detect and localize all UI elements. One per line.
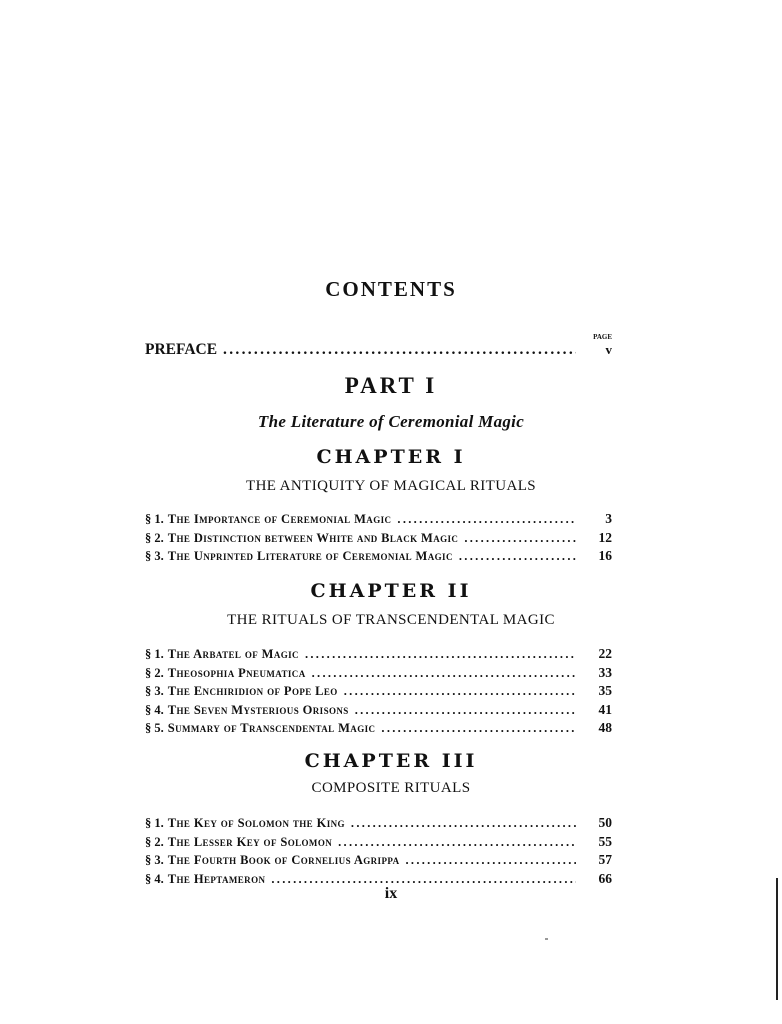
toc-entry[interactable]: § 2. Theosophia Pneumatica 33 [145,665,612,684]
toc-entry[interactable]: § 4. The Seven Mysterious Orisons 41 [145,702,612,721]
dot-leader [405,853,576,868]
section-title: Summary of Transcendental Magic [168,721,376,736]
section-page: 3 [582,511,612,527]
toc-entry[interactable]: § 5. Summary of Transcendental Magic 48 [145,720,612,739]
chapter-1-entries: § 1. The Importance of Ceremonial Magic … [145,511,612,567]
toc-entry[interactable]: § 3. The Enchiridion of Pope Leo 35 [145,683,612,702]
toc-entry[interactable]: § 2. The Lesser Key of Solomon 55 [145,834,612,853]
toc-entry[interactable]: § 1. The Importance of Ceremonial Magic … [145,511,612,530]
page-folio: ix [0,885,782,903]
section-page: 48 [582,720,612,736]
chapter-2-title: CHAPTER II [0,580,782,602]
section-page: 33 [582,665,612,681]
part-subtitle: The Literature of Ceremonial Magic [0,412,782,432]
dot-leader [459,549,576,564]
section-number: § 3. [145,549,164,564]
section-title: Theosophia Pneumatica [168,666,306,681]
page-edge-line [776,878,778,1000]
toc-entry[interactable]: § 2. The Distinction between White and B… [145,530,612,549]
section-title: The Seven Mysterious Orisons [168,703,349,718]
section-number: § 4. [145,703,164,718]
preface-page: v [582,342,612,358]
section-title: The Fourth Book of Cornelius Agrippa [168,853,400,868]
section-page: 55 [582,834,612,850]
section-number: § 1. [145,647,164,662]
section-number: § 1. [145,512,164,527]
dot-leader [223,341,576,359]
section-page: 12 [582,530,612,546]
toc-entry[interactable]: § 1. The Arbatel of Magic 22 [145,646,612,665]
section-page: 50 [582,815,612,831]
dot-leader [464,531,576,546]
page-column-label: PAGE [586,333,612,341]
dot-leader [344,684,576,699]
section-page: 57 [582,852,612,868]
section-title: The Arbatel of Magic [168,647,299,662]
section-number: § 1. [145,816,164,831]
toc-entry[interactable]: § 3. The Unprinted Literature of Ceremon… [145,548,612,567]
section-title: The Enchiridion of Pope Leo [168,684,338,699]
dot-leader [351,816,576,831]
chapter-1-title: CHAPTER I [0,446,782,468]
chapter-3-subtitle: COMPOSITE RITUALS [0,780,782,797]
chapter-1-subtitle: THE ANTIQUITY OF MAGICAL RITUALS [0,478,782,495]
toc-entry[interactable]: § 3. The Fourth Book of Cornelius Agripp… [145,852,612,871]
dot-leader [355,703,576,718]
section-title: The Unprinted Literature of Ceremonial M… [168,549,453,564]
section-number: § 2. [145,835,164,850]
section-number: § 5. [145,721,164,736]
book-page: CONTENTS PAGE PREFACE v PART I The Liter… [0,0,782,1024]
section-title: The Key of Solomon the King [168,816,345,831]
contents-heading: CONTENTS [0,277,782,302]
dot-leader [397,512,576,527]
preface-label: PREFACE [145,341,217,359]
chapter-2-subtitle: THE RITUALS OF TRANSCENDENTAL MAGIC [0,612,782,629]
toc-entry[interactable]: § 1. The Key of Solomon the King 50 [145,815,612,834]
section-title: The Importance of Ceremonial Magic [168,512,392,527]
chapter-2-entries: § 1. The Arbatel of Magic 22 § 2. Theoso… [145,646,612,739]
chapter-3-entries: § 1. The Key of Solomon the King 50 § 2.… [145,815,612,889]
dot-leader [338,835,576,850]
scan-speck [545,938,548,940]
toc-entry-preface[interactable]: PREFACE v [145,341,612,359]
section-title: The Lesser Key of Solomon [168,835,332,850]
section-number: § 3. [145,684,164,699]
dot-leader [381,721,576,736]
section-page: 35 [582,683,612,699]
chapter-3-title: CHAPTER III [0,750,782,772]
section-page: 22 [582,646,612,662]
part-title: PART I [0,373,782,399]
section-number: § 3. [145,853,164,868]
dot-leader [305,647,576,662]
section-number: § 2. [145,666,164,681]
section-page: 41 [582,702,612,718]
section-title: The Distinction between White and Black … [168,531,459,546]
section-page: 16 [582,548,612,564]
dot-leader [312,666,576,681]
section-number: § 2. [145,531,164,546]
